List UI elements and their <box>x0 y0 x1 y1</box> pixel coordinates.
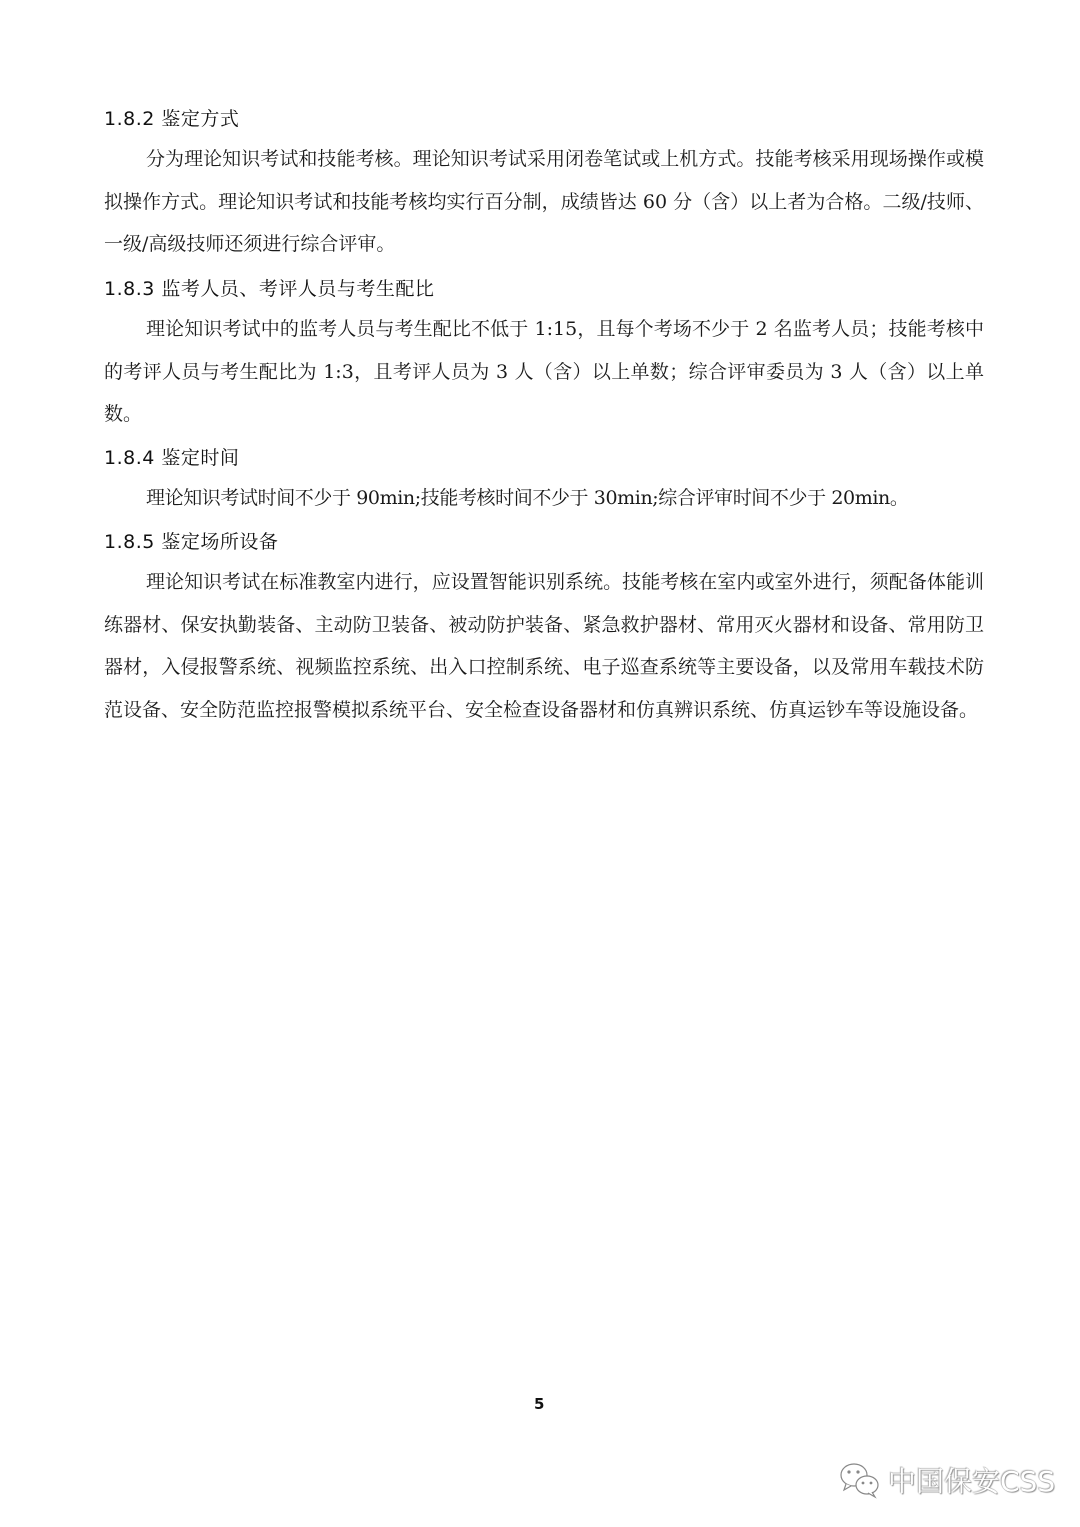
watermark: 中国保安CSS <box>838 1460 1055 1500</box>
section-heading-1-8-5: 1.8.5 鉴定场所设备 <box>104 527 278 554</box>
section-heading-1-8-3: 1.8.3 监考人员、考评人员与考生配比 <box>104 274 434 301</box>
section-paragraph-1-8-4: 理论知识考试时间不少于 90min;技能考核时间不少于 30min;综合评审时间… <box>104 477 984 520</box>
section-paragraph-1-8-5: 理论知识考试在标准教室内进行，应设置智能识别系统。技能考核在室内或室外进行，须配… <box>104 561 984 731</box>
watermark-text: 中国保安CSS <box>888 1460 1055 1500</box>
wechat-icon <box>838 1461 882 1499</box>
page-number: 5 <box>534 1395 544 1413</box>
section-paragraph-1-8-2: 分为理论知识考试和技能考核。理论知识考试采用闭卷笔试或上机方式。技能考核采用现场… <box>104 138 984 266</box>
section-heading-1-8-4: 1.8.4 鉴定时间 <box>104 443 239 470</box>
section-paragraph-1-8-3: 理论知识考试中的监考人员与考生配比不低于 1:15，且每个考场不少于 2 名监考… <box>104 308 984 436</box>
section-heading-1-8-2: 1.8.2 鉴定方式 <box>104 104 239 131</box>
document-page: 1.8.2 鉴定方式 分为理论知识考试和技能考核。理论知识考试采用闭卷笔试或上机… <box>0 0 1080 1527</box>
